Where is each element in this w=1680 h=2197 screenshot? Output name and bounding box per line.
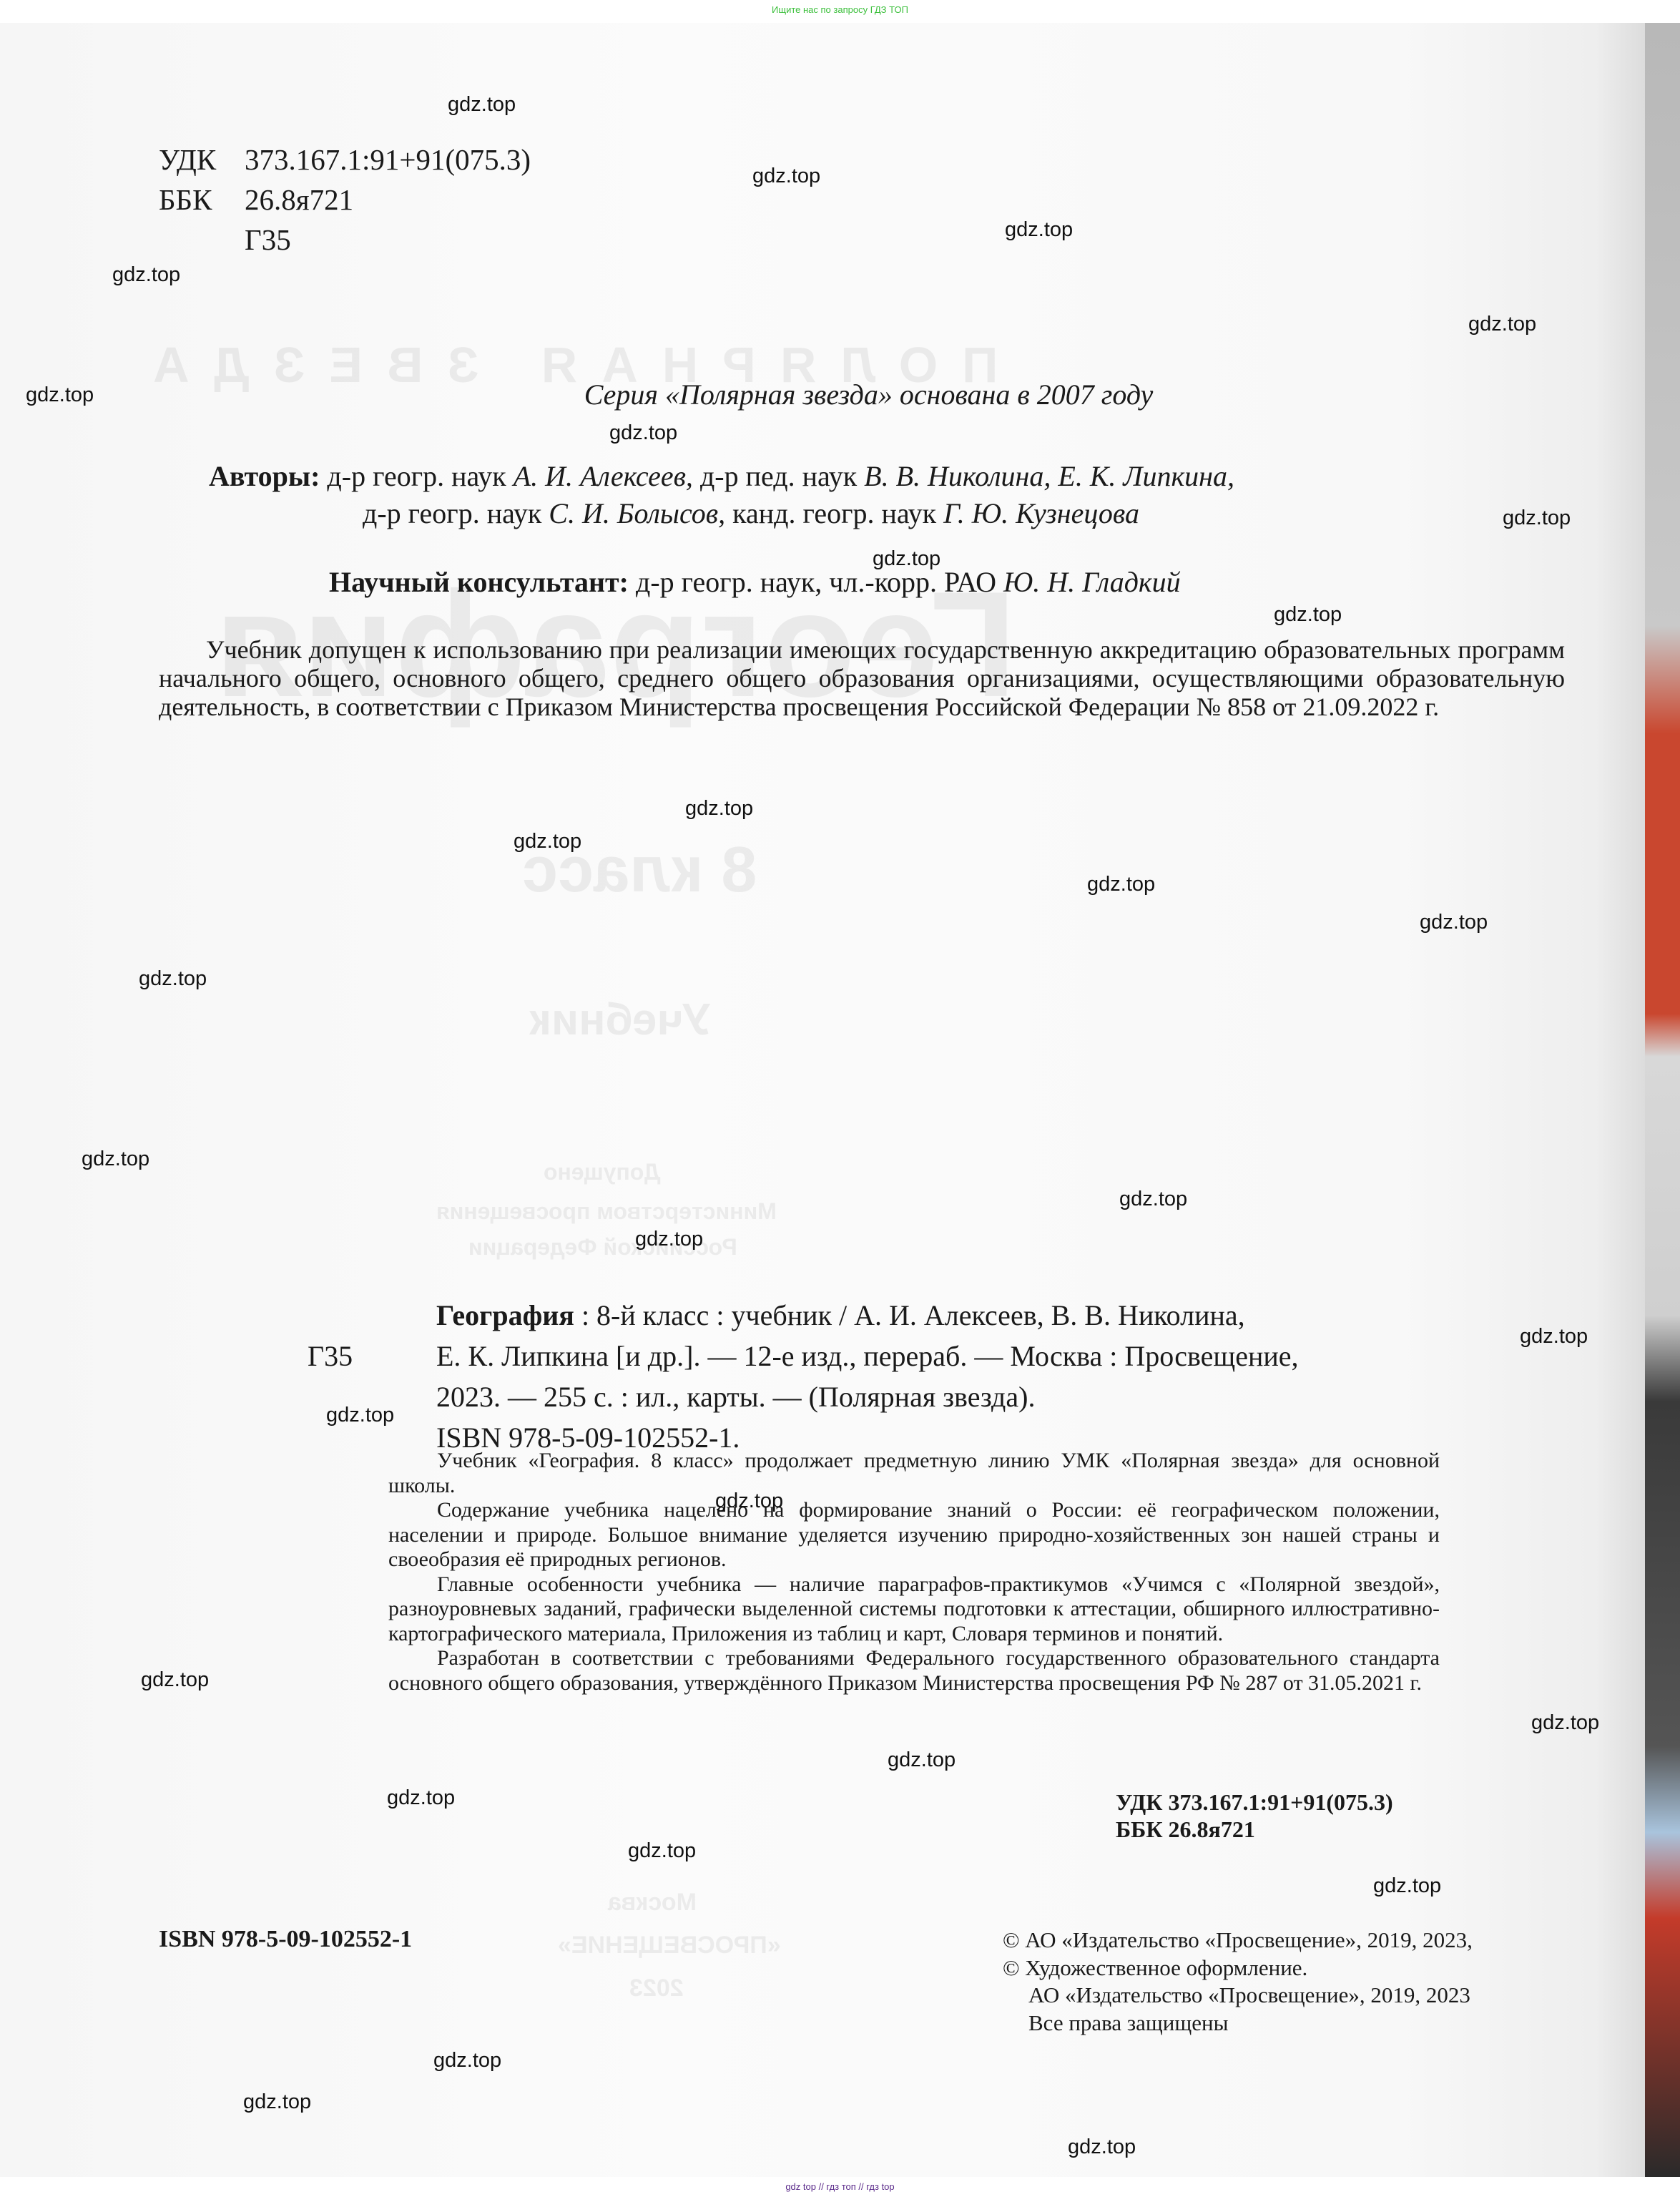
isbn-bottom: ISBN 978-5-09-102552-1: [159, 1926, 412, 1953]
watermark: gdz.top: [1373, 1874, 1441, 1898]
copyright-block: © АО «Издательство «Просвещение», 2019, …: [1003, 1927, 1473, 2037]
watermark: gdz.top: [387, 1786, 455, 1810]
bottom-banner: gdz top // гдз топ // гдз top: [0, 2177, 1680, 2197]
copyright-line: © Художественное оформление.: [1003, 1954, 1473, 1982]
ghost-ministry-1: Министерством просвещения: [436, 1198, 777, 1225]
watermark: gdz.top: [1420, 911, 1488, 934]
author-degree: канд. геогр. наук: [732, 497, 936, 529]
consultant-line: Научный консультант: д-р геогр. наук, чл…: [329, 565, 1181, 599]
bbk-value: 26.8я721: [245, 183, 353, 216]
watermark: gdz.top: [888, 1748, 956, 1772]
ghost-publisher: «ПРОСВЕЩЕНИЕ»: [558, 1932, 781, 1959]
copyright-line: Все права защищены: [1003, 2010, 1473, 2037]
bbk-label: ББК: [159, 180, 245, 220]
copyright-line: АО «Издательство «Просвещение», 2019, 20…: [1003, 1982, 1473, 2010]
classification-bottom: УДК 373.167.1:91+91(075.3) ББК 26.8я721: [1116, 1789, 1393, 1843]
watermark: gdz.top: [139, 967, 207, 991]
consultant-degree: д-р геогр. наук, чл.-корр. РАО: [636, 566, 996, 598]
biblio-line-1: : 8-й класс : учебник / А. И. Алексеев, …: [574, 1299, 1245, 1331]
abstract-paragraph: Разработан в соответствии с требованиями…: [388, 1646, 1440, 1696]
watermark: gdz.top: [715, 1489, 783, 1513]
biblio-line-2: Е. К. Липкина [и др.]. — 12-е изд., пере…: [436, 1340, 1299, 1372]
approval-paragraph: Учебник допущен к использованию при реал…: [159, 635, 1565, 721]
bibliographic-record: География : 8-й класс : учебник / А. И. …: [308, 1295, 1299, 1458]
ghost-approved: Допущено: [544, 1159, 661, 1185]
biblio-mark: Г35: [308, 1336, 353, 1376]
watermark: gdz.top: [448, 93, 516, 117]
author-degree: д-р геогр. наук: [327, 460, 506, 492]
watermark: gdz.top: [112, 263, 180, 287]
book-title: География: [436, 1299, 574, 1331]
ghost-type: Учебник: [529, 994, 710, 1045]
watermark: gdz.top: [635, 1228, 703, 1251]
abstract-paragraph: Главные особенности учебника — наличие п…: [388, 1572, 1440, 1647]
watermark: gdz.top: [141, 1668, 209, 1692]
watermark: gdz.top: [1503, 507, 1571, 530]
watermark: gdz.top: [82, 1148, 149, 1171]
biblio-line-3: 2023. — 255 с. : ил., карты. — (Полярная…: [436, 1381, 1035, 1413]
author-name: С. И. Болысов,: [549, 497, 725, 529]
watermark: gdz.top: [752, 165, 820, 188]
watermark: gdz.top: [26, 383, 94, 407]
classification-top: УДК373.167.1:91+91(075.3) ББК26.8я721 Г3…: [159, 140, 531, 260]
authors-block: Авторы: д-р геогр. наук А. И. Алексеев, …: [209, 458, 1234, 532]
consultant-label: Научный консультант:: [329, 566, 629, 598]
watermark: gdz.top: [609, 421, 677, 445]
author-name: Г. Ю. Кузнецова: [943, 497, 1139, 529]
watermark: gdz.top: [1005, 218, 1073, 242]
watermark: gdz.top: [1087, 873, 1155, 896]
watermark: gdz.top: [1068, 2135, 1136, 2159]
watermark: gdz.top: [243, 2090, 311, 2114]
author-name: А. И. Алексеев,: [514, 460, 693, 492]
udk-value: 373.167.1:91+91(075.3): [245, 143, 531, 176]
watermark: gdz.top: [628, 1839, 696, 1863]
author-degree: д-р геогр. наук: [363, 497, 541, 529]
udk-bottom: УДК 373.167.1:91+91(075.3): [1116, 1789, 1393, 1816]
series-line: Серия «Полярная звезда» основана в 2007 …: [0, 378, 1680, 411]
udk-label: УДК: [159, 140, 245, 180]
abstract: Учебник «География. 8 класс» продолжает …: [388, 1449, 1440, 1696]
ghost-year: 2023: [629, 1975, 684, 2002]
author-name: В. В. Николина, Е. К. Липкина,: [864, 460, 1234, 492]
watermark: gdz.top: [433, 2049, 501, 2073]
authors-label: Авторы:: [209, 460, 320, 492]
watermark: gdz.top: [1520, 1325, 1588, 1349]
cover-edge-image: [1645, 23, 1680, 2177]
watermark: gdz.top: [1531, 1711, 1599, 1735]
watermark: gdz.top: [326, 1404, 394, 1427]
watermark: gdz.top: [514, 830, 581, 853]
copyright-line: © АО «Издательство «Просвещение», 2019, …: [1003, 1927, 1473, 1954]
watermark: gdz.top: [1274, 603, 1342, 627]
watermark: gdz.top: [1468, 313, 1536, 336]
ghost-city: Москва: [608, 1889, 697, 1917]
author-degree: д-р пед. наук: [700, 460, 857, 492]
abstract-paragraph: Содержание учебника нацелено на формиров…: [388, 1498, 1440, 1572]
watermark: gdz.top: [1119, 1188, 1187, 1211]
top-banner: Ищите нас по запросу ГДЗ ТОП: [0, 0, 1680, 23]
watermark: gdz.top: [873, 547, 940, 571]
consultant-name: Ю. Н. Гладкий: [1003, 566, 1181, 598]
bbk-bottom: ББК 26.8я721: [1116, 1816, 1393, 1843]
abstract-paragraph: Учебник «География. 8 класс» продолжает …: [388, 1449, 1440, 1498]
watermark: gdz.top: [685, 797, 753, 821]
author-mark: Г35: [245, 223, 291, 256]
